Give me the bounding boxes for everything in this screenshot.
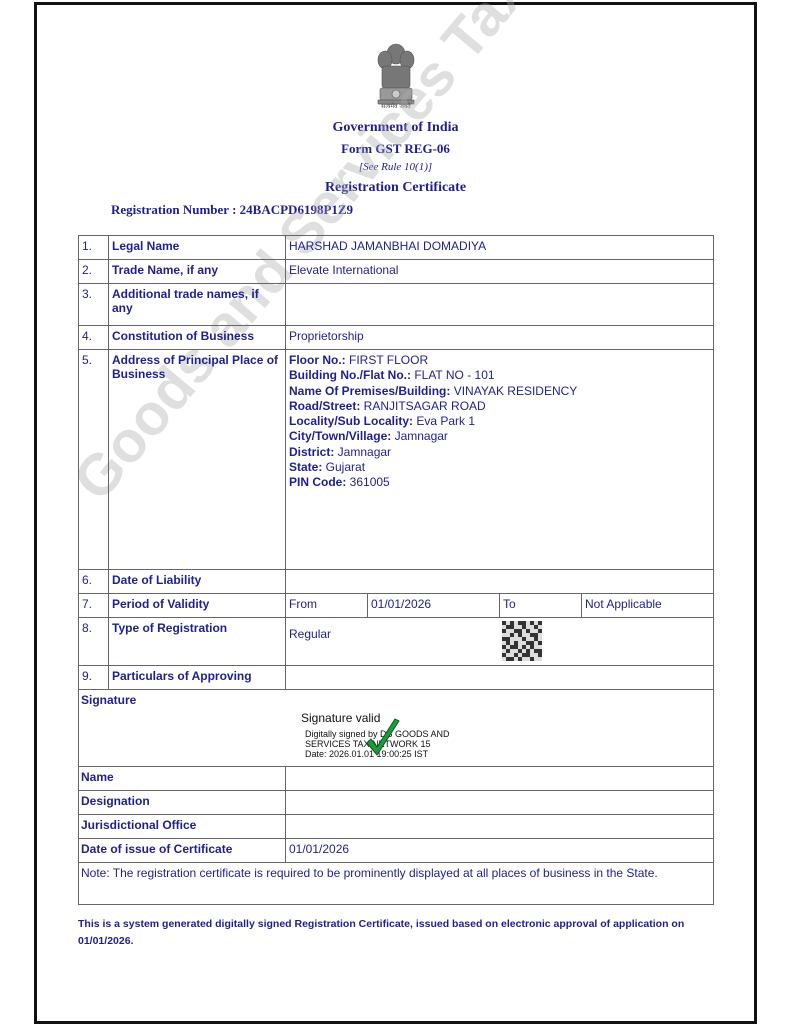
validity-to-value: Not Applicable [582, 594, 714, 618]
row-label: Trade Name, if any [109, 260, 286, 284]
signature-row: Signature Signature valid Digitally sign… [79, 690, 714, 767]
table-row: 7. Period of Validity From 01/01/2026 To… [79, 594, 714, 618]
table-row: Name [79, 767, 714, 791]
address-pin: PIN Code: 361005 [289, 475, 710, 490]
row-label: Period of Validity [109, 594, 286, 618]
row-number: 6. [79, 570, 109, 594]
table-row: Jurisdictional Office [79, 815, 714, 839]
designation-value [286, 791, 714, 815]
validity-from-label: From [286, 594, 368, 618]
address-building: Building No./Flat No.: FLAT NO - 101 [289, 368, 710, 383]
row-label: Address of Principal Place of Business [109, 350, 286, 570]
additional-trade-names-value [286, 284, 714, 326]
validity-from-value: 01/01/2026 [368, 594, 500, 618]
registration-type-text: Regular [289, 621, 710, 641]
registration-type-value: Regular [286, 618, 714, 666]
address-locality: Locality/Sub Locality: Eva Park 1 [289, 414, 710, 429]
row-number: 2. [79, 260, 109, 284]
signature-label: Signature [81, 693, 711, 707]
officer-name-label: Name [79, 767, 286, 791]
date-of-liability-value [286, 570, 714, 594]
certificate-table: 1. Legal Name HARSHAD JAMANBHAI DOMADIYA… [78, 235, 714, 905]
address-floor: Floor No.: FIRST FLOOR [289, 353, 710, 368]
issue-date-label: Date of issue of Certificate [79, 839, 286, 863]
row-number: 7. [79, 594, 109, 618]
table-row: 5. Address of Principal Place of Busines… [79, 350, 714, 570]
form-title: Form GST REG-06 [0, 141, 791, 157]
display-note: Note: The registration certificate is re… [79, 863, 714, 905]
government-title: Government of India [0, 120, 791, 136]
approving-particulars-value [286, 666, 714, 690]
row-number: 3. [79, 284, 109, 326]
row-label: Constitution of Business [109, 326, 286, 350]
row-label: Legal Name [109, 236, 286, 260]
table-row: 9. Particulars of Approving [79, 666, 714, 690]
address-city: City/Town/Village: Jamnagar [289, 429, 710, 444]
registration-number: Registration Number : 24BACPD6198P1Z9 [111, 202, 353, 218]
table-row: 1. Legal Name HARSHAD JAMANBHAI DOMADIYA [79, 236, 714, 260]
certificate-title: Registration Certificate [0, 180, 791, 196]
address-value: Floor No.: FIRST FLOOR Building No./Flat… [286, 350, 714, 570]
trade-name-value: Elevate International [286, 260, 714, 284]
row-label: Date of Liability [109, 570, 286, 594]
table-row: Note: The registration certificate is re… [79, 863, 714, 905]
row-number: 8. [79, 618, 109, 666]
table-row: 3. Additional trade names, if any [79, 284, 714, 326]
signature-block: Signature Signature valid Digitally sign… [81, 693, 711, 763]
jurisdictional-office-value [286, 815, 714, 839]
checkmark-icon [363, 717, 403, 761]
row-number: 4. [79, 326, 109, 350]
table-row: 6. Date of Liability [79, 570, 714, 594]
address-district: District: Jamnagar [289, 445, 710, 460]
table-row: 4. Constitution of Business Proprietorsh… [79, 326, 714, 350]
address-premises: Name Of Premises/Building: VINAYAK RESID… [289, 384, 710, 399]
row-number: 5. [79, 350, 109, 570]
row-number: 1. [79, 236, 109, 260]
row-label: Particulars of Approving [109, 666, 286, 690]
designation-label: Designation [79, 791, 286, 815]
emblem-motto: सत्यमेव जयते [370, 102, 422, 110]
rule-reference: [See Rule 10(1)] [0, 161, 791, 173]
row-label: Additional trade names, if any [109, 284, 286, 326]
address-road: Road/Street: RANJITSAGAR ROAD [289, 399, 710, 414]
validity-to-label: To [500, 594, 582, 618]
table-row: 8. Type of Registration Regular [79, 618, 714, 666]
table-row: 2. Trade Name, if any Elevate Internatio… [79, 260, 714, 284]
signature-cell: Signature Signature valid Digitally sign… [79, 690, 714, 767]
registration-value: 24BACPD6198P1Z9 [240, 202, 353, 217]
issue-date-value: 01/01/2026 [286, 839, 714, 863]
constitution-value: Proprietorship [286, 326, 714, 350]
registration-label: Registration Number : [111, 202, 240, 217]
table-row: Date of issue of Certificate 01/01/2026 [79, 839, 714, 863]
row-label: Type of Registration [109, 618, 286, 666]
officer-name-value [286, 767, 714, 791]
system-generated-note: This is a system generated digitally sig… [78, 916, 723, 950]
qr-code-icon [502, 621, 542, 661]
row-number: 9. [79, 666, 109, 690]
legal-name-value: HARSHAD JAMANBHAI DOMADIYA [286, 236, 714, 260]
table-row: Designation [79, 791, 714, 815]
jurisdictional-office-label: Jurisdictional Office [79, 815, 286, 839]
address-state: State: Gujarat [289, 460, 710, 475]
